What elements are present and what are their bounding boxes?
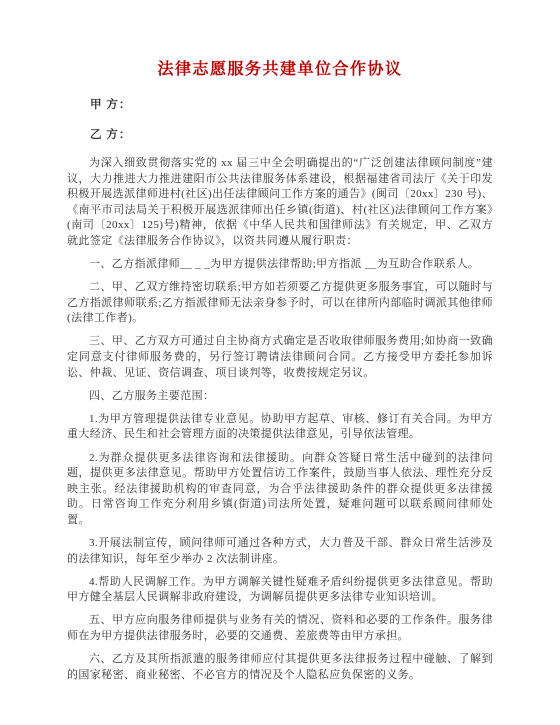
paragraph-scope-item-4: 4.帮助人民调解工作。为甲方调解关键性疑难矛盾纠纷提供更多法律意见。帮助甲方健全… bbox=[67, 575, 493, 606]
paragraph-clause-2: 二、甲、乙双方维持密切联系;甲方如若须要乙方提供更多服务事宜，可以随时与乙方指派… bbox=[67, 280, 493, 327]
paragraph-clause-6: 六、乙方及其所指派遣的服务律师应付其提供更多法律报务过程中碰触、了解到的国家秘密… bbox=[67, 652, 493, 683]
paragraph-clause-3: 三、甲、乙方双方可通过自主协商方式确定是否收取律师服务费用;如协商一致确定同意支… bbox=[67, 334, 493, 381]
paragraph-clause-4-heading: 四、乙方服务主要范围： bbox=[67, 389, 493, 405]
paragraph-scope-item-1: 1.为甲方管理提供法律专业意见。协助甲方起草、审核、修订有关合同。为甲方重大经济… bbox=[67, 412, 493, 443]
party-a-label: 甲 方： bbox=[67, 96, 493, 112]
paragraph-scope-item-3: 3.开展法制宣传，顾问律师可通过各种方式，大力普及干部、群众日常生活涉及的法律知… bbox=[67, 536, 493, 567]
paragraph-clause-5: 五、甲方应向服务律师提供与业务有关的情况、资料和必要的工作条件。服务律师在为甲方… bbox=[67, 613, 493, 644]
party-b-label: 乙 方： bbox=[67, 126, 493, 142]
paragraph-scope-item-2: 2.为群众提供更多法律咨询和法律援助。向群众答疑日常生活中碰到的法律问题，提供更… bbox=[67, 451, 493, 529]
document-title: 法律志愿服务共建单位合作协议 bbox=[67, 56, 493, 79]
document-page: 法律志愿服务共建单位合作协议 甲 方： 乙 方： 为深入细致贯彻落实党的 xx … bbox=[0, 0, 560, 725]
paragraph-clause-1: 一、乙方指派律师__ _ _为甲方提供法律帮助;甲方指派 __为互助合作联系人。 bbox=[67, 257, 493, 273]
paragraph-intro: 为深入细致贯彻落实党的 xx 届三中全会明确提出的“广泛创建法律顾问制度”建议，… bbox=[67, 156, 493, 250]
